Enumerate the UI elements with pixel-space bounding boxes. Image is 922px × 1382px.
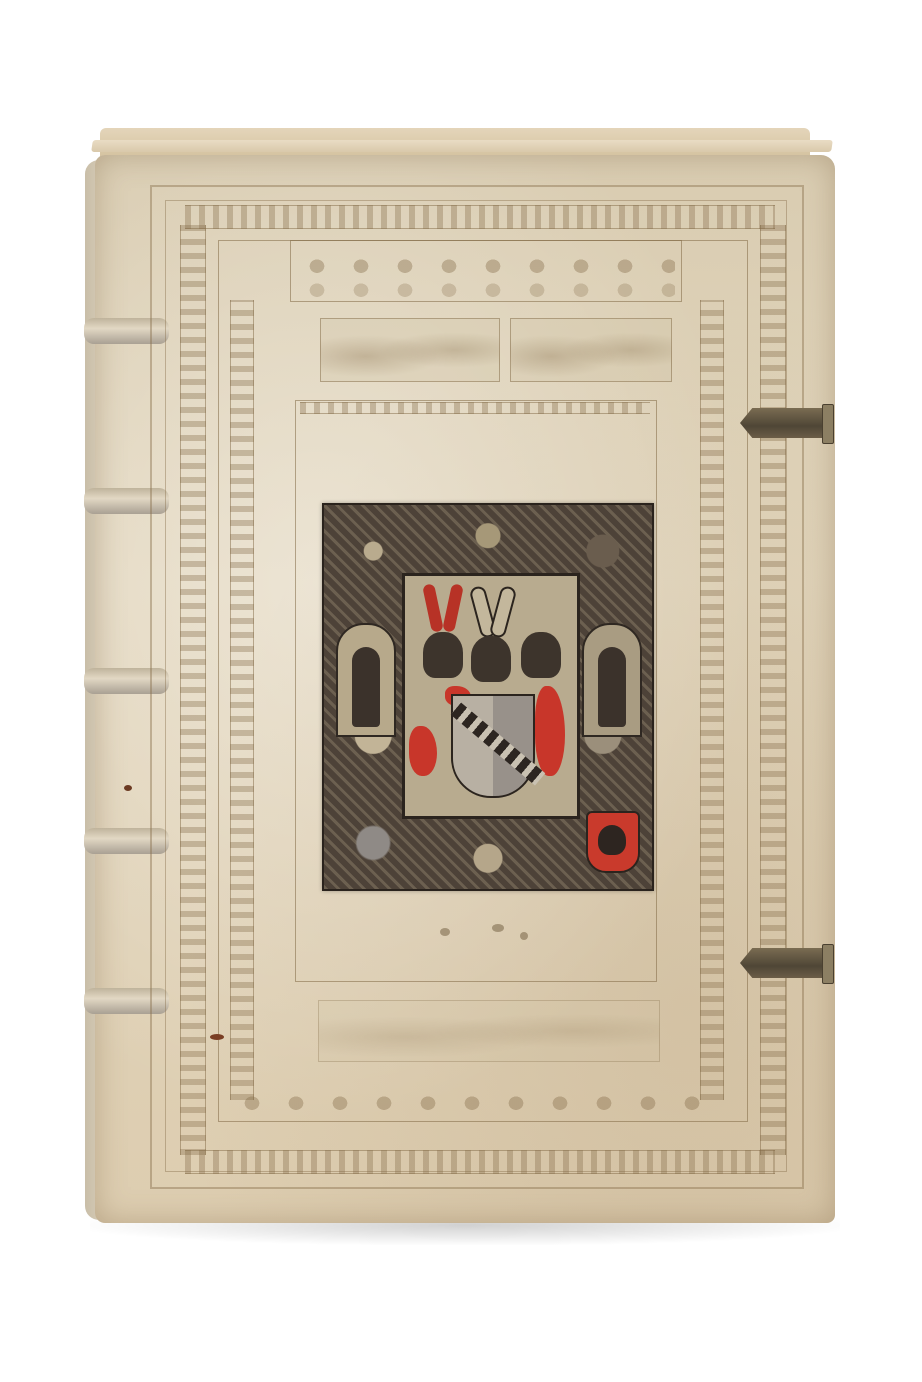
standing-figure-icon: [352, 647, 380, 727]
cover-stain: [440, 928, 450, 936]
oval-row: [295, 272, 675, 298]
lower-figural-scene: [318, 1000, 660, 1062]
lower-palmette-row: [230, 1085, 720, 1111]
cover-stain: [520, 932, 528, 940]
white-horn-icon: [489, 585, 518, 639]
upper-clasp-hinge: [822, 404, 834, 444]
red-mantling: [535, 686, 565, 776]
right-scroll-roll: [760, 225, 786, 1155]
left-niche-figure: [336, 623, 396, 737]
figural-scene-left: [320, 318, 500, 382]
helmet-icon: [423, 632, 463, 678]
standing-figure-icon: [598, 647, 626, 727]
helmet-icon: [471, 636, 511, 682]
top-scroll-roll: [185, 205, 775, 229]
upper-clasp[interactable]: [740, 408, 828, 438]
cover-stain: [210, 1034, 224, 1040]
helmet-icon: [521, 632, 561, 678]
shield-bend: [451, 703, 546, 786]
lower-clasp[interactable]: [740, 948, 828, 978]
left-scroll-roll: [180, 225, 206, 1155]
image-subject: Antique vellum-bound book with blind-too…: [0, 0, 1, 1]
figural-scene-right: [510, 318, 672, 382]
coat-of-arms-frame: [402, 573, 580, 819]
spine-stain: [124, 785, 132, 791]
bottom-scroll-roll: [185, 1150, 775, 1174]
cover-stain: [492, 924, 504, 932]
lower-clasp-hinge: [822, 944, 834, 984]
right-niche-figure: [582, 623, 642, 737]
bear-shield-icon: [586, 811, 640, 873]
red-mantling: [409, 726, 437, 776]
text-block-edge: [91, 140, 833, 152]
quartered-shield: [451, 694, 535, 798]
red-horn-icon: [422, 583, 444, 632]
palmette-row: [295, 248, 675, 274]
chain-roll: [300, 402, 650, 414]
armorial-panel: FIDES SPES: [322, 503, 654, 891]
red-horn-icon: [442, 583, 464, 632]
